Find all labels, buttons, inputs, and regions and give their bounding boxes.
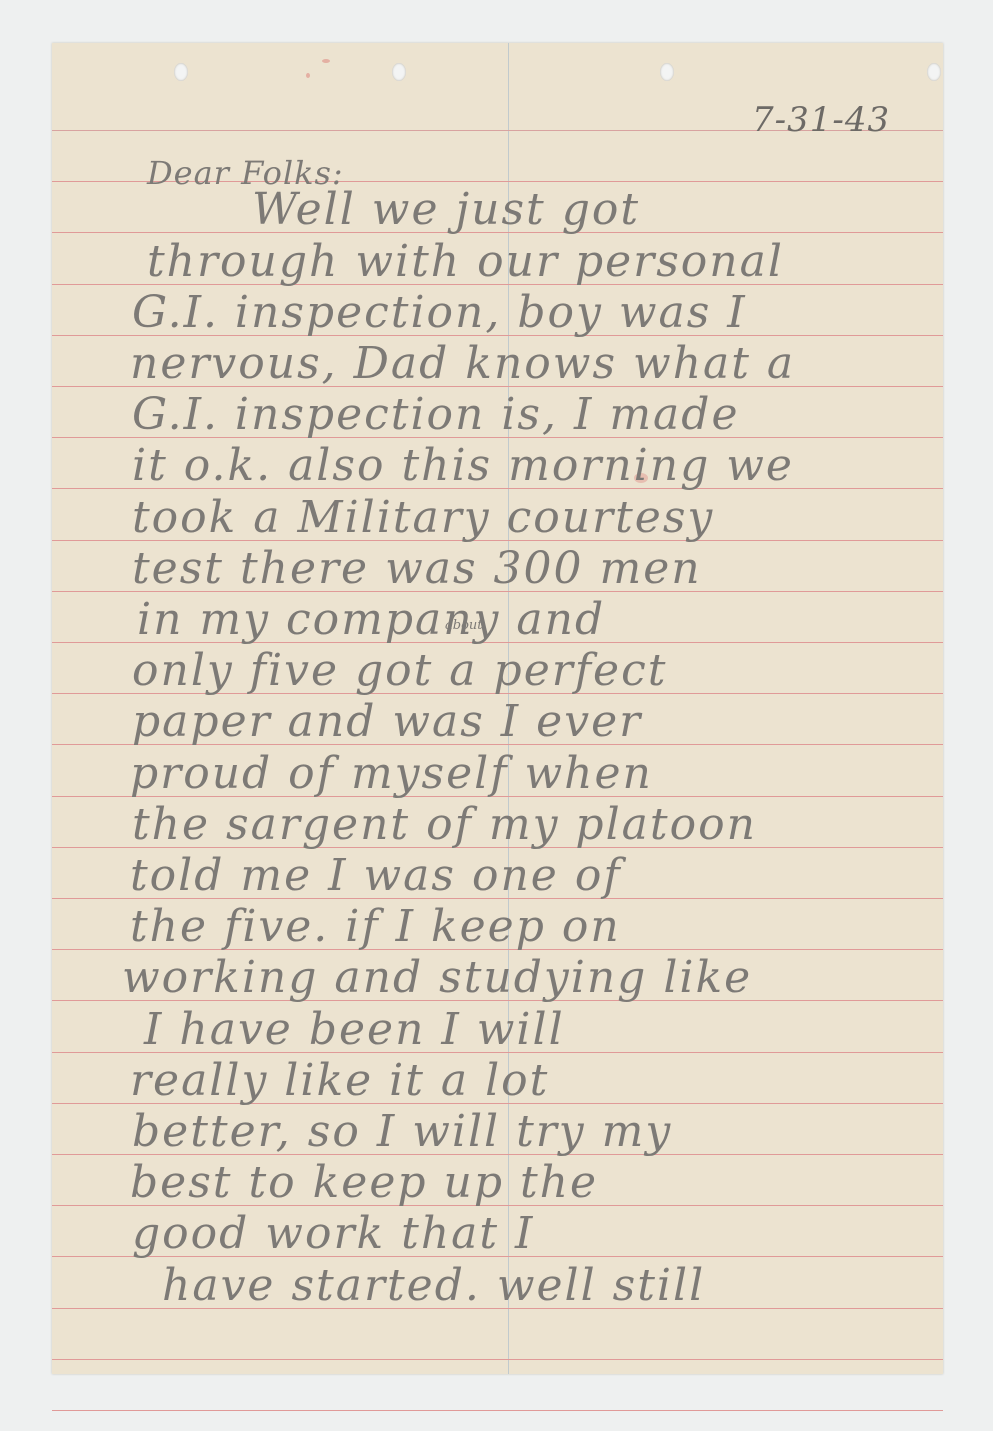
letter-line: through with our personal <box>147 240 784 284</box>
letter-line: G.I. inspection, boy was I <box>132 291 747 335</box>
letter-page: 7-31-43 Dear Folks: Well we just gotthro… <box>52 43 943 1374</box>
letter-line: working and studying like <box>122 956 752 1000</box>
ruled-line <box>52 1359 943 1360</box>
letter-line: better, so I will try my <box>132 1110 672 1154</box>
letter-line: good work that I <box>132 1212 534 1256</box>
letter-line: best to keep up the <box>130 1161 598 1205</box>
letter-line: Well we just got <box>252 188 640 232</box>
letter-line: nervous, Dad knows what a <box>130 342 795 386</box>
letter-line: only five got a perfect <box>132 649 667 693</box>
letter-line: test there was 300 men <box>132 547 702 591</box>
ruled-line <box>52 1410 943 1411</box>
punch-hole <box>174 63 188 81</box>
letter-line: in my company and <box>137 598 605 642</box>
red-smudge <box>322 59 330 63</box>
letter-line: took a Military courtesy <box>132 496 714 540</box>
letter-line: proud of myself when <box>130 752 653 796</box>
letter-line: the sargent of my platoon <box>132 803 757 847</box>
punch-hole <box>660 63 674 81</box>
letter-line: G.I. inspection is, I made <box>132 393 739 437</box>
punch-hole <box>392 63 406 81</box>
letter-line: the five. if I keep on <box>130 905 621 949</box>
inserted-word: about <box>445 618 483 633</box>
red-smudge <box>306 73 310 78</box>
letter-date: 7-31-43 <box>752 103 890 137</box>
letter-line: I have been I will <box>144 1008 565 1052</box>
letter-line: have started. well still <box>162 1264 705 1308</box>
letter-line: told me I was one of <box>130 854 622 898</box>
letter-line: paper and was I ever <box>132 700 642 744</box>
punch-hole <box>927 63 941 81</box>
letter-line: really like it a lot <box>130 1059 549 1103</box>
letter-line: it o.k. also this morning we <box>132 444 794 488</box>
